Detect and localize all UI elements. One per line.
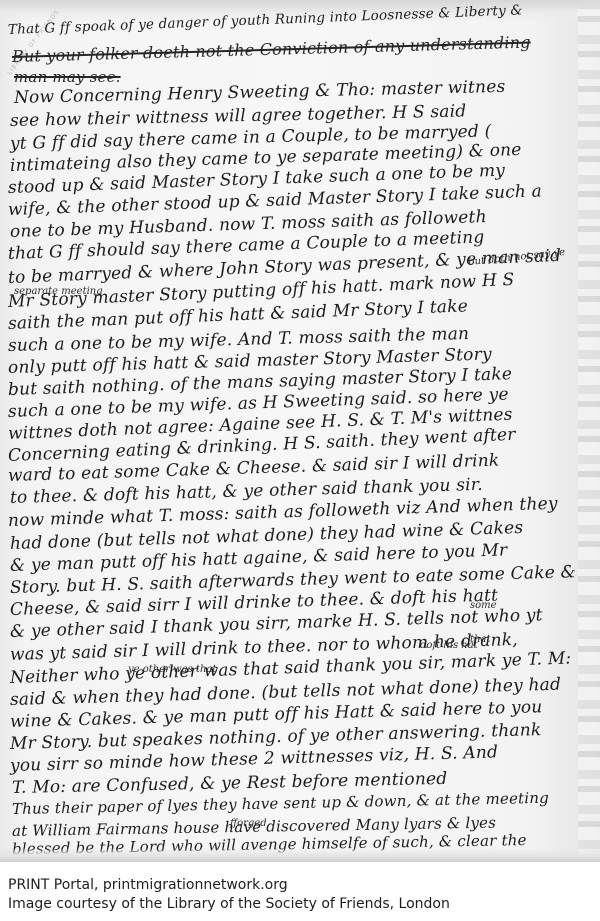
- caption-source-line: PRINT Portal, printmigrationnetwork.org: [8, 876, 598, 895]
- heading-line: That G ff spoak of ye danger of youth Ru…: [8, 2, 523, 38]
- caption-credit-line: Image courtesy of the Library of the Soc…: [8, 895, 598, 914]
- interlinear-note: some: [470, 600, 497, 611]
- interlinear-note: separate meeting: [14, 286, 103, 297]
- interlinear-note: that: [470, 634, 490, 645]
- torn-right-edge: [578, 0, 600, 862]
- struck-line-1: But your folker doeth not the Conviction…: [12, 33, 531, 66]
- interlinear-note: fforged: [230, 818, 267, 829]
- page: LIBRARY OF FRIENDS That G ff spoak of ye…: [0, 0, 600, 921]
- manuscript-line: innocent: [12, 852, 71, 862]
- interlinear-note: ye other was that: [128, 664, 216, 675]
- manuscript-sheet: LIBRARY OF FRIENDS That G ff spoak of ye…: [0, 0, 600, 862]
- image-caption: PRINT Portal, printmigrationnetwork.org …: [8, 876, 598, 914]
- struck-line-2: man may see.: [14, 68, 121, 86]
